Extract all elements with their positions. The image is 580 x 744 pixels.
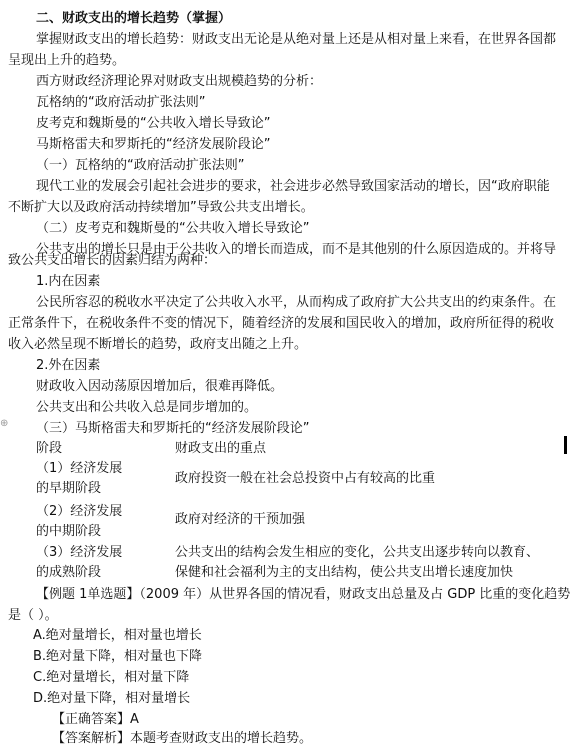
option-a: A.绝对量增长，相对量也增长: [33, 627, 202, 645]
theory-item-musgrave: 马斯格雷夫和罗斯托的“经济发展阶段论”: [36, 136, 270, 154]
option-c: C.绝对量增长，相对量下降: [33, 669, 189, 687]
table-cell-stage-line-1: （2）经济发展: [36, 503, 122, 521]
section-title: 二、财政支出的增长趋势（掌握）: [36, 10, 231, 28]
part2-body-line-2: 致公共支出增长的因素归结为两种：: [8, 252, 216, 270]
example-question-line-1: 【例题 1单选题】（2009 年）从世界各国的情况看，财政支出总量及占 GDP …: [36, 586, 570, 604]
part2-heading: （二）皮考克和魏斯曼的“公共收入增长导致论”: [36, 220, 309, 238]
part3-heading: （三）马斯格雷夫和罗斯托的“经济发展阶段论”: [36, 420, 309, 438]
intro-line-2: 呈现出上升的趋势。: [8, 52, 125, 70]
theory-item-wagner: 瓦格纳的“政府活动扩张法则”: [36, 94, 205, 112]
factor1-line-2: 正常条件下，在税收条件不变的情况下，随着经济的发展和国民收入的增加，政府所征得的…: [8, 315, 554, 333]
table-cell-focus-line-1: 公共支出的结构会发生相应的变化，公共支出逐步转向以教育、: [175, 544, 539, 562]
correct-answer: 【正确答案】A: [52, 711, 139, 729]
table-cell-stage-line-2: 的中期阶段: [36, 523, 101, 541]
table-cell-focus-line-1: 政府投资一般在社会总投资中占有较高的比重: [175, 470, 435, 488]
table-cell-stage-line-2: 的成熟阶段: [36, 564, 101, 582]
table-cell-focus-line-1: 政府对经济的干预加强: [175, 511, 305, 529]
option-d: D.绝对量下降，相对量增长: [33, 690, 190, 708]
table-header-focus: 财政支出的重点: [175, 440, 266, 458]
table-cell-stage-line-1: （1）经济发展: [36, 460, 122, 478]
factor1-line-1: 公民所容忍的税收水平决定了公共收入水平，从而构成了政府扩大公共支出的约束条件。在: [36, 294, 556, 312]
table-move-handle-icon[interactable]: ⊕: [0, 418, 12, 430]
part1-heading: （一）瓦格纳的“政府活动扩张法则”: [36, 157, 244, 175]
table-cell-stage-line-2: 的早期阶段: [36, 480, 101, 498]
theory-item-peacock: 皮考克和魏斯曼的“公共收入增长导致论”: [36, 115, 270, 133]
text-cursor: [564, 436, 567, 454]
table-cell-stage-line-1: （3）经济发展: [36, 544, 122, 562]
table-header-stage: 阶段: [36, 440, 62, 458]
factor1-title: 1.内在因素: [36, 273, 100, 291]
part1-body-line-1: 现代工业的发展会引起社会进步的要求，社会进步必然导致国家活动的增长，因“政府职能: [36, 178, 550, 196]
table-cell-focus-line-2: 保健和社会福利为主的支出结构，使公共支出增长速度加快: [175, 564, 513, 582]
factor1-line-3: 收入必然呈现不断增长的趋势，政府支出随之上升。: [8, 336, 307, 354]
part1-body-line-2: 不断扩大以及政府活动持续增加”导致公共支出增长。: [8, 199, 314, 217]
option-b: B.绝对量下降，相对量也下降: [33, 648, 202, 666]
factor2-line-1: 财政收入因动荡原因增加后，很难再降低。: [36, 378, 283, 396]
western-theory-label: 西方财政经济理论界对财政支出规模趋势的分析：: [36, 73, 322, 91]
factor2-line-2: 公共支出和公共收入总是同步增加的。: [36, 399, 257, 417]
answer-explanation: 【答案解析】本题考查财政支出的增长趋势。: [52, 730, 312, 744]
intro-line-1: 掌握财政支出的增长趋势：财政支出无论是从绝对量上还是从相对量上来看，在世界各国都: [36, 31, 556, 49]
example-question-line-2: 是（ ）。: [8, 607, 58, 625]
factor2-title: 2.外在因素: [36, 357, 100, 375]
